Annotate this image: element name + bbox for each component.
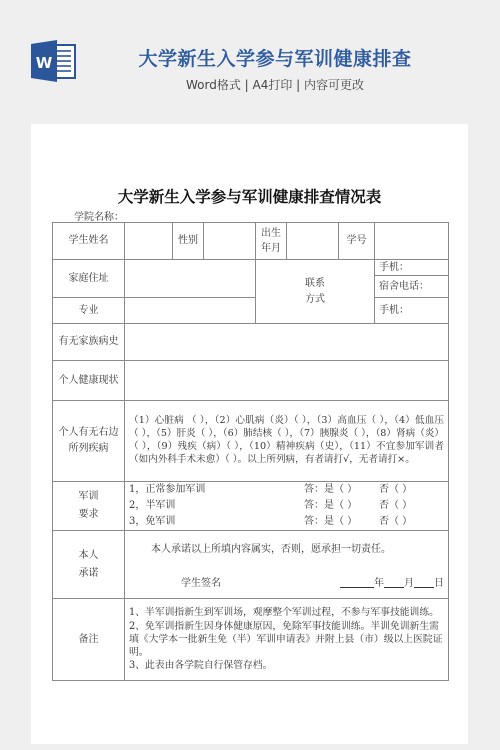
military-training-options: 1，正常参加军训 答：是（ ） 否（ ） 2，半军训 答：是（ ） 否（ ） 3… bbox=[125, 482, 449, 531]
promise-label: 本人 承诺 bbox=[53, 531, 125, 599]
student-name-field[interactable] bbox=[125, 223, 173, 260]
military-option-normal[interactable]: 1，正常参加军训 答：是（ ） 否（ ） bbox=[129, 482, 444, 498]
signature-label: 学生签名 bbox=[181, 577, 340, 591]
notes-label: 备注 bbox=[53, 599, 125, 681]
military-option-half[interactable]: 2，半军训 答：是（ ） 否（ ） bbox=[129, 498, 444, 514]
health-status-field[interactable] bbox=[125, 361, 449, 401]
student-id-label: 学号 bbox=[339, 223, 375, 260]
gender-field[interactable] bbox=[204, 223, 256, 260]
family-history-label: 有无家族病史 bbox=[53, 324, 125, 361]
student-id-field[interactable] bbox=[375, 223, 449, 260]
major-label: 专业 bbox=[53, 298, 125, 324]
row-basic-info: 学生姓名 性别 出生 年月 学号 bbox=[53, 223, 449, 260]
student-name-label: 学生姓名 bbox=[53, 223, 125, 260]
home-address-label: 家庭住址 bbox=[53, 260, 125, 298]
birth-date-label: 出生 年月 bbox=[256, 223, 287, 260]
notes-content: 1、半军训指新生到军训场，观摩整个军训过程，不参与军事技能训练。 2、免军训指新… bbox=[125, 599, 449, 681]
gender-label: 性别 bbox=[173, 223, 204, 260]
military-training-label: 军训 要求 bbox=[53, 482, 125, 531]
birth-label-line2: 年月 bbox=[258, 241, 284, 256]
document-title: 大学新生入学参与军训健康排查情况表 bbox=[31, 185, 468, 207]
banner-subtitle: Word格式 | A4打印 | 内容可更改 bbox=[0, 76, 500, 93]
promise-text: 本人承诺以上所填内容属实，否则，愿承担一切责任。 bbox=[129, 543, 444, 557]
promise-section: 本人承诺以上所填内容属实，否则，愿承担一切责任。 学生签名 年 月 日 bbox=[125, 531, 449, 599]
disease-label-line2: 所列疾病 bbox=[57, 441, 120, 457]
military-label-line1: 军训 bbox=[57, 488, 120, 506]
disease-checklist[interactable]: （1）心脏病 （ ），（2）心肌病（炎）（ ），（3）高血压（ ），（4）低血压… bbox=[125, 401, 449, 482]
mobile1-field[interactable]: 手机： bbox=[375, 260, 449, 276]
contact-label: 联系 方式 bbox=[256, 260, 375, 324]
month-blank[interactable] bbox=[384, 577, 404, 588]
contact-label-line1: 联系 bbox=[260, 276, 370, 292]
contact-label-line2: 方式 bbox=[260, 292, 370, 308]
disease-label: 个人有无右边 所列疾病 bbox=[53, 401, 125, 482]
family-history-field[interactable] bbox=[125, 324, 449, 361]
dorm-phone-field[interactable]: 宿舍电话： bbox=[375, 276, 449, 298]
health-status-label: 个人健康现状 bbox=[53, 361, 125, 401]
home-address-field[interactable] bbox=[125, 260, 256, 298]
birth-date-field[interactable] bbox=[287, 223, 339, 260]
mobile2-field[interactable]: 手机： bbox=[375, 298, 449, 324]
military-label-line2: 要求 bbox=[57, 506, 120, 524]
major-field[interactable] bbox=[125, 298, 256, 324]
signature-date[interactable]: 年 月 日 bbox=[340, 577, 444, 591]
military-option-exempt[interactable]: 3，免军训 答：是（ ） 否（ ） bbox=[129, 514, 444, 530]
banner-title: 大学新生入学参与军训健康排查 bbox=[0, 44, 500, 71]
banner: W 大学新生入学参与军训健康排查 Word格式 | A4打印 | 内容可更改 bbox=[0, 0, 500, 124]
birth-label-line1: 出生 bbox=[258, 226, 284, 241]
promise-label-line2: 承诺 bbox=[57, 565, 120, 583]
college-name-label: 学院名称： bbox=[74, 208, 124, 223]
note-3: 3、此表由各学院自行保管存档。 bbox=[129, 659, 444, 672]
disease-label-line1: 个人有无右边 bbox=[57, 425, 120, 441]
note-2: 2、免军训指新生因身体健康原因，免除军事技能训练。半训免训新生需填《大学本一批新… bbox=[129, 620, 444, 660]
promise-label-line1: 本人 bbox=[57, 547, 120, 565]
day-blank[interactable] bbox=[414, 577, 434, 588]
note-1: 1、半军训指新生到军训场，观摩整个军训过程，不参与军事技能训练。 bbox=[129, 606, 444, 619]
year-blank[interactable] bbox=[340, 577, 374, 588]
health-screening-form: 学生姓名 性别 出生 年月 学号 家庭住址 联系 方式 手机： 宿舍电话： 专业… bbox=[52, 222, 449, 681]
